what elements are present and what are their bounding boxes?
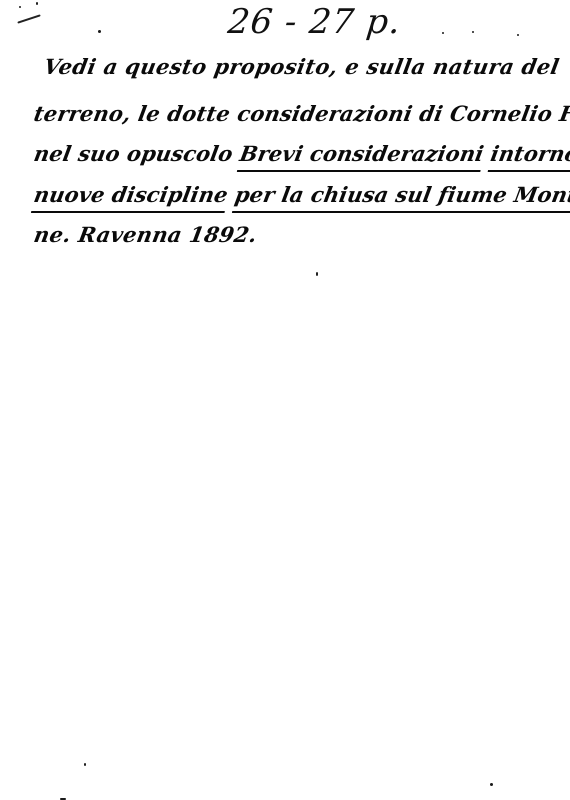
scan-speck [98,30,101,33]
note-line-3: nel suo opuscolo Brevi considerazioni in… [32,141,570,166]
note-text: ne. Ravenna 1892. [32,222,259,247]
scanned-page: 26 - 27 p. Vedi a questo proposito, e su… [0,0,570,800]
underlined-text: Brevi considerazioni [238,141,486,166]
scan-speck [442,32,444,34]
page-reference: 26 - 27 p. [226,2,403,42]
scan-speck [517,34,519,36]
note-text: terreno, le dotte considerazioni di Corn… [32,101,570,126]
scan-speck [490,783,493,786]
underlined-text: per la chiusa sul fiume Monto- [233,182,570,207]
note-line-2: terreno, le dotte considerazioni di Corn… [32,101,570,126]
scan-speck [316,272,318,276]
note-line-1: Vedi a questo proposito, e sulla natura … [42,54,561,79]
scan-speck [36,2,38,5]
scan-speck [19,6,21,8]
scan-speck [84,763,86,766]
scan-mark [17,14,40,23]
note-line-4: nuove discipline per la chiusa sul fiume… [32,182,570,207]
underlined-text: nuove discipline [32,182,230,207]
underlined-text: intorno alle [489,141,570,166]
note-text: nel suo opuscolo [32,141,242,166]
scan-speck [472,31,474,33]
note-line-5: ne. Ravenna 1892. [32,222,259,247]
note-text: Vedi a questo proposito, e sulla natura … [42,54,561,79]
